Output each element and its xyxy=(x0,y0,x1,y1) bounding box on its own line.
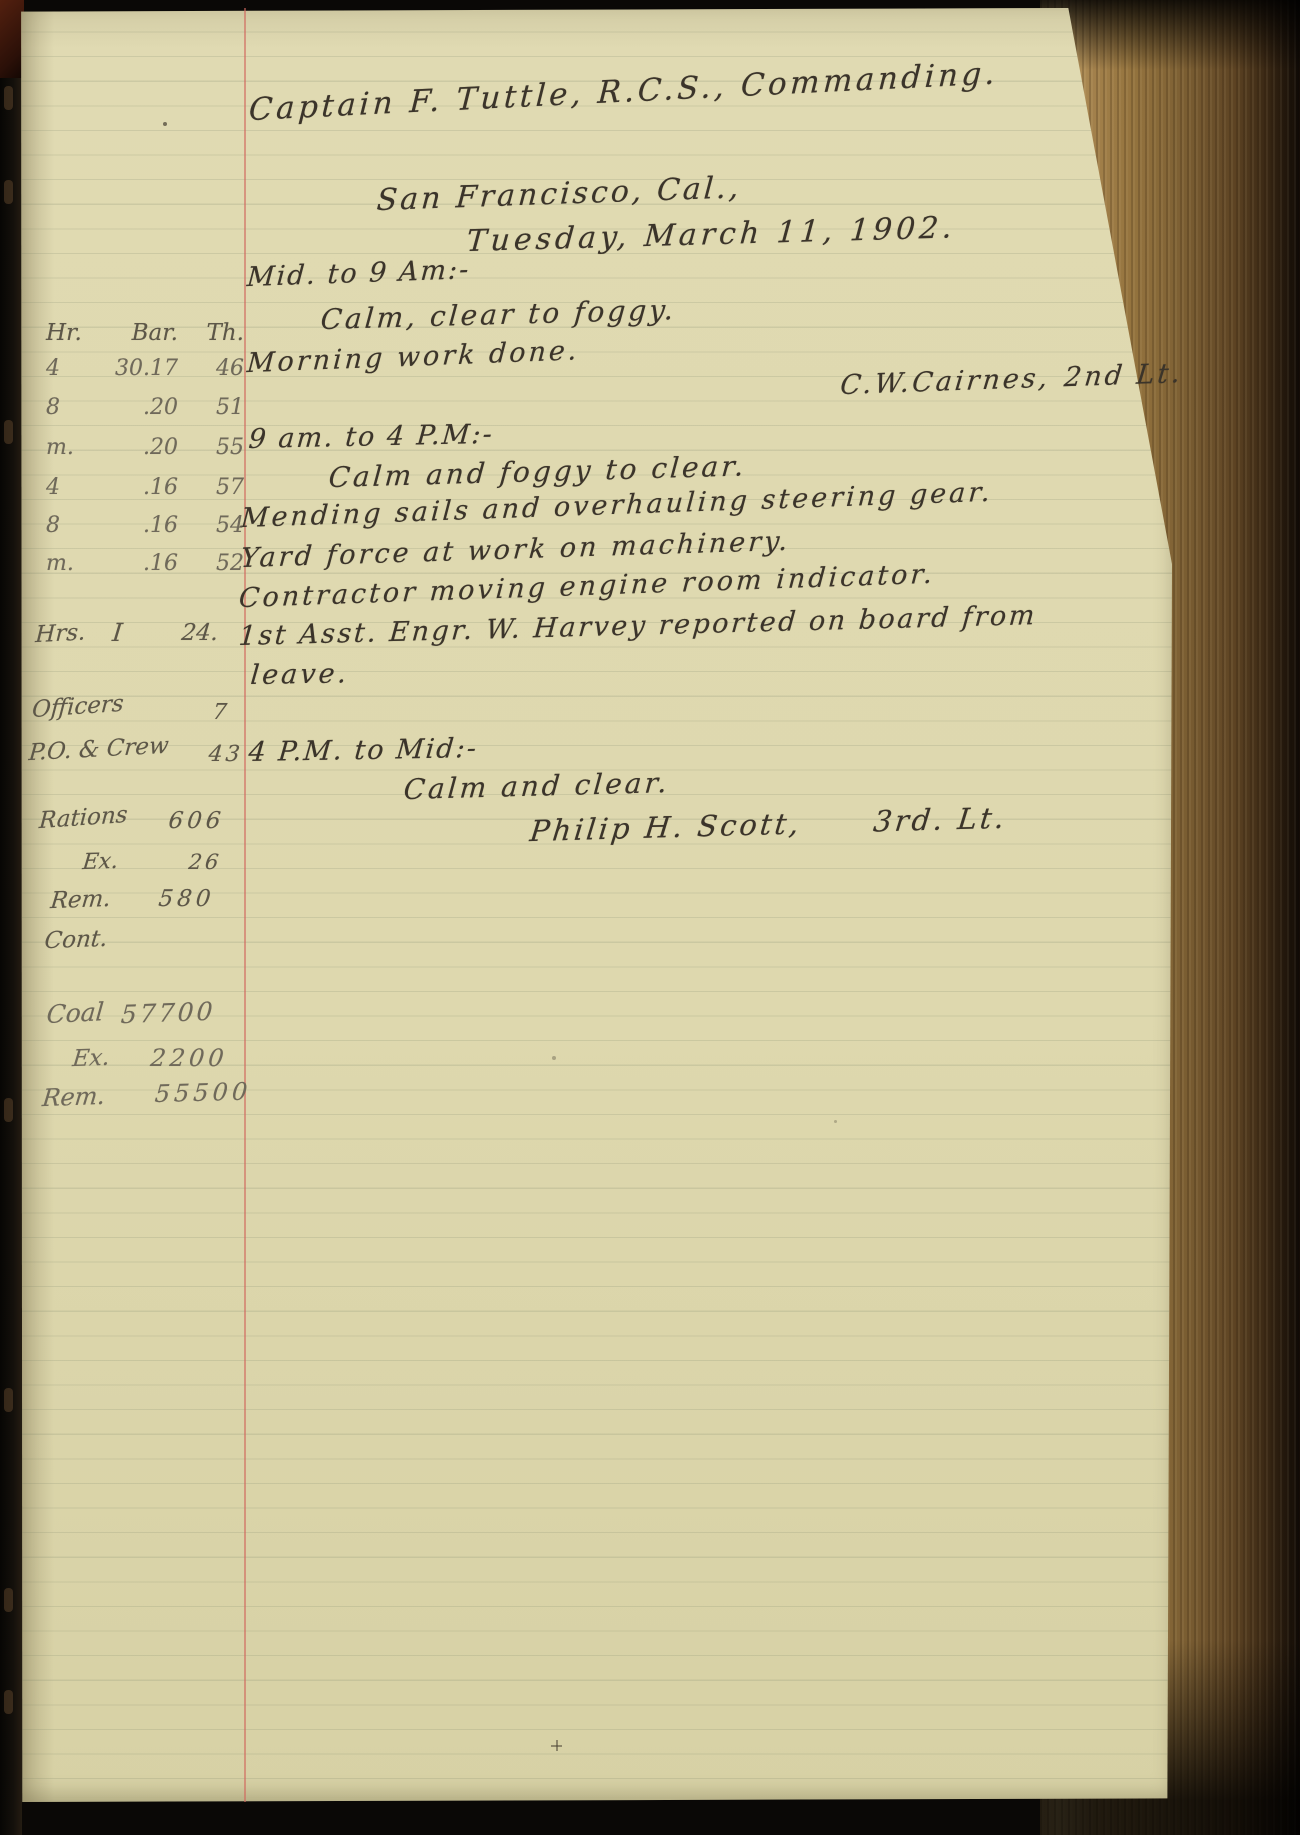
watch2-label: 9 am. to 4 P.M:- xyxy=(247,419,495,455)
hours-label: Hrs. xyxy=(35,619,86,648)
coal-value: 57700 xyxy=(120,997,217,1029)
weather-table-header: Hr. Bar. Th. xyxy=(40,320,246,346)
officers-value: 7 xyxy=(211,700,228,725)
th-cell: 52 xyxy=(178,551,244,576)
binding-stitch xyxy=(4,180,13,204)
hr-cell: m. xyxy=(40,551,104,576)
rations-remaining-label: Rem. xyxy=(49,886,112,914)
rations-expended-label: Ex. xyxy=(81,849,119,875)
th-cell: 54 xyxy=(178,513,244,538)
bar-cell: .16 xyxy=(104,513,178,538)
coal-expended-label: Ex. xyxy=(71,1045,111,1072)
col-header-bar: Bar. xyxy=(104,320,178,346)
bar-cell: .20 xyxy=(104,435,178,460)
binding-stitch xyxy=(4,1098,13,1122)
col-header-hr: Hr. xyxy=(40,320,104,346)
bar-cell: .20 xyxy=(104,395,178,420)
coal-remaining-label: Rem. xyxy=(41,1082,107,1112)
rations-remaining-value: 580 xyxy=(157,886,216,912)
ink-dot xyxy=(163,122,167,126)
th-cell: 55 xyxy=(178,435,244,460)
rations-expended-value: 26 xyxy=(187,850,222,874)
binding-stitch xyxy=(4,86,13,110)
weather-table-row: m. .16 52 xyxy=(40,551,246,576)
rations-value: 606 xyxy=(167,808,226,834)
weather-table-row: 4 .16 57 xyxy=(40,475,246,500)
book-spine-binding xyxy=(0,0,22,1835)
binding-stitch xyxy=(4,1388,13,1412)
crew-value: 43 xyxy=(207,742,244,767)
hours-value: 24. xyxy=(180,620,219,646)
hr-cell: 4 xyxy=(40,356,104,381)
watch3-weather: Calm and clear. xyxy=(402,766,671,806)
binding-stitch xyxy=(4,1588,13,1612)
th-cell: 46 xyxy=(178,356,244,381)
coal-expended-value: 2200 xyxy=(149,1044,229,1072)
weather-table-row: 8 .20 51 xyxy=(40,395,246,420)
watch3-signature-rank: 3rd. Lt. xyxy=(872,801,1009,839)
bar-cell: .16 xyxy=(104,475,178,500)
book-cover-corner xyxy=(0,0,24,78)
th-cell: 57 xyxy=(178,475,244,500)
margin-rule-line xyxy=(244,8,246,1802)
bar-cell: 30.17 xyxy=(104,356,178,381)
ink-speck xyxy=(834,1120,837,1123)
hr-cell: 8 xyxy=(40,513,104,538)
hr-cell: m. xyxy=(40,435,104,460)
plus-mark xyxy=(551,1745,562,1747)
weather-table-row: 4 30.17 46 xyxy=(40,356,246,381)
binding-stitch xyxy=(4,420,13,444)
bar-cell: .16 xyxy=(104,551,178,576)
watch3-label: 4 P.M. to Mid:- xyxy=(247,733,479,768)
contract-label: Cont. xyxy=(43,926,109,954)
hr-cell: 4 xyxy=(40,475,104,500)
weather-table-row: 8 .16 54 xyxy=(40,513,246,538)
ink-speck xyxy=(552,1056,556,1060)
th-cell: 51 xyxy=(178,395,244,420)
watch1-signature-rank: 2nd Lt. xyxy=(1063,358,1185,393)
weather-table-row: m. .20 55 xyxy=(40,435,246,460)
col-header-th: Th. xyxy=(178,320,244,346)
hr-cell: 8 xyxy=(40,395,104,420)
watch2-remark-5: leave. xyxy=(249,658,350,691)
binding-stitch xyxy=(4,1690,13,1714)
coal-remaining-value: 55500 xyxy=(154,1077,253,1108)
coal-label: Coal xyxy=(45,997,105,1029)
